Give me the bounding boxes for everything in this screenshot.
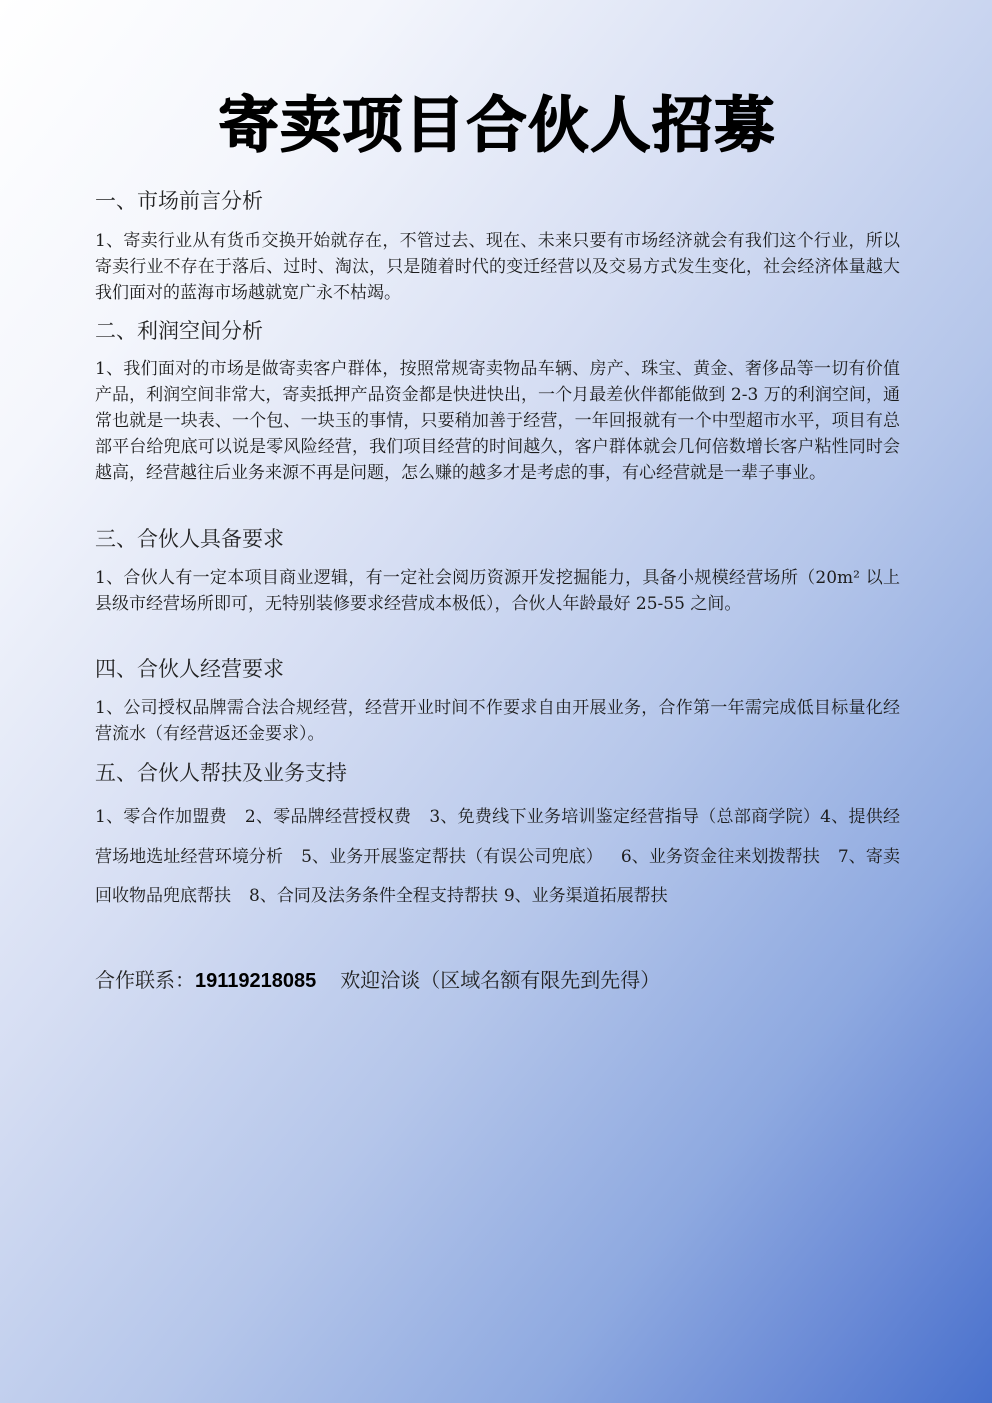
section-heading-operation: 四、合伙人经营要求	[95, 654, 284, 684]
support-item: 3、免费线下业务培训鉴定经营指导（总部商学院）	[429, 807, 820, 827]
section-heading-requirements: 三、合伙人具备要求	[95, 524, 284, 554]
support-item: 8、合同及法务条件全程支持帮扶	[249, 886, 498, 906]
document-title: 寄卖项目合伙人招募	[95, 88, 900, 164]
section-paragraph-operation: 1、公司授权品牌需合法合规经营，经营开业时间不作要求自由开展业务，合作第一年需完…	[95, 695, 900, 747]
section-paragraph-requirements: 1、合伙人有一定本项目商业逻辑，有一定社会阅历资源开发挖掘能力，具备小规模经营场…	[95, 565, 900, 617]
section-heading-profit: 二、利润空间分析	[95, 316, 263, 346]
support-item: 2、零品牌经营授权费	[245, 807, 411, 827]
support-item: 1、零合作加盟费	[95, 807, 227, 827]
contact-phone: 19119218085	[195, 970, 316, 992]
contact-line: 合作联系：19119218085欢迎洽谈（区域名额有限先到先得）	[95, 964, 660, 997]
support-item: 6、业务资金往来划拨帮扶	[621, 847, 820, 867]
section-paragraph-profit: 1、我们面对的市场是做寄卖客户群体，按照常规寄卖物品车辆、房产、珠宝、黄金、奢侈…	[95, 356, 900, 486]
support-items-list: 1、零合作加盟费2、零品牌经营授权费3、免费线下业务培训鉴定经营指导（总部商学院…	[95, 798, 900, 917]
contact-note: 欢迎洽谈（区域名额有限先到先得）	[340, 968, 660, 992]
section-heading-market: 一、市场前言分析	[95, 186, 263, 216]
section-heading-support: 五、合伙人帮扶及业务支持	[95, 758, 347, 788]
section-paragraph-market: 1、寄卖行业从有货币交换开始就存在，不管过去、现在、未来只要有市场经济就会有我们…	[95, 228, 900, 306]
support-item: 5、业务开展鉴定帮扶（有误公司兜底）	[301, 847, 603, 867]
contact-label: 合作联系：	[95, 968, 195, 992]
support-item: 9、业务渠道拓展帮扶	[504, 886, 668, 906]
